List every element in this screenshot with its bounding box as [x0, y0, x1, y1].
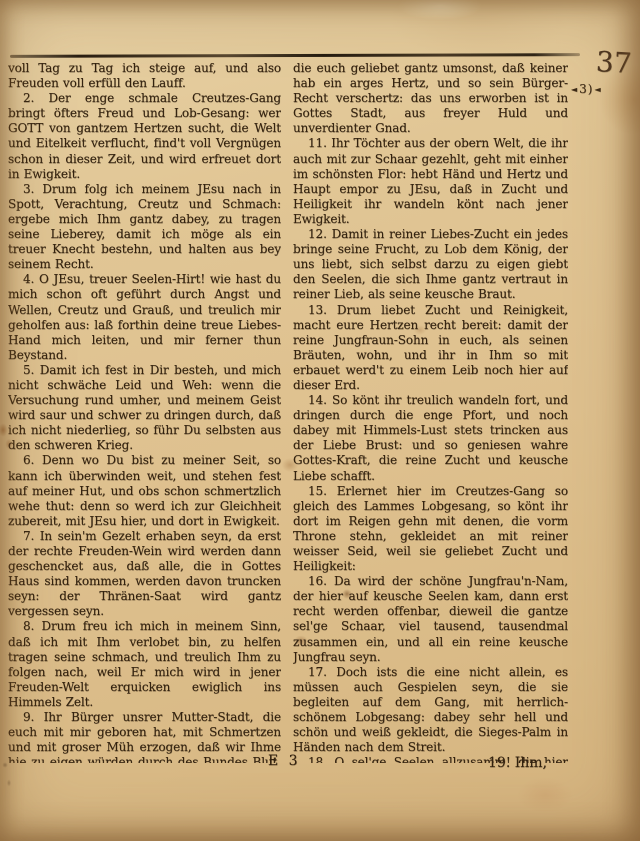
verse-paragraph: 13. Drum liebet Zucht und Reinigkeit, ma… — [293, 303, 568, 394]
verse-paragraph: 8. Drum freu ich mich in meinem Sinn, da… — [8, 619, 281, 710]
right-text-column: die euch geliebet gantz umsonst, daß kei… — [293, 61, 568, 763]
verse-paragraph: 11. Ihr Töchter aus der obern Welt, die … — [293, 136, 568, 227]
verse-paragraph: 12. Damit in reiner Liebes-Zucht ein jed… — [293, 227, 568, 302]
quire-signature: E 3 — [268, 753, 301, 769]
verse-paragraph: 16. Da wird der schöne Jungfrau'n-Nam, d… — [293, 574, 568, 665]
verse-paragraph: die euch geliebet gantz umsonst, daß kei… — [293, 61, 568, 136]
verse-paragraph: voll Tag zu Tag ich steige auf, und also… — [8, 61, 281, 91]
verse-paragraph: 9. Ihr Bürger unsrer Mutter-Stadt, die e… — [8, 710, 281, 763]
signature-ornament: 3) — [571, 82, 602, 96]
verse-paragraph: 14. So könt ihr treulich wandeln fort, u… — [293, 393, 568, 484]
verse-paragraph: 15. Erlernet hier im Creutzes-Gang so gl… — [293, 484, 568, 575]
verse-paragraph: 5. Damit ich fest in Dir besteh, und mic… — [8, 363, 281, 454]
page-number: 37 — [595, 45, 632, 80]
verse-paragraph: 3. Drum folg ich meinem JEsu nach in Spo… — [8, 182, 281, 273]
verse-paragraph: 7. In sein'm Gezelt erhaben seyn, da ers… — [8, 529, 281, 620]
verse-paragraph: 17. Doch ists die eine nicht allein, es … — [293, 665, 568, 756]
scanned-book-page: { "page": { "number": "37", "ornament": … — [0, 0, 640, 841]
verse-paragraph: 4. O JEsu, treuer Seelen-Hirt! wie hast … — [8, 272, 281, 363]
left-text-column: voll Tag zu Tag ich steige auf, und also… — [8, 61, 281, 763]
catchword: 19. Ihm, — [488, 755, 547, 771]
verse-paragraph: 6. Denn wo Du bist zu meiner Seit, so ka… — [8, 453, 281, 528]
verse-paragraph: 2. Der enge schmale Creutzes-Gang bringt… — [8, 91, 281, 182]
